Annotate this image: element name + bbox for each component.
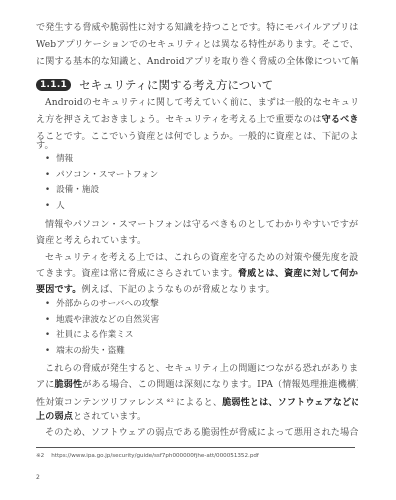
para3-line-3: 要因です。例えば、下記のようなものが脅威となります。 (36, 284, 358, 296)
para3-line-2: てきます。資産は常に脅威にさらされています。脅威とは、資産に対して何かしらの悪影… (36, 268, 358, 280)
text-span: 性対策コンテンツリファレンス (36, 398, 164, 408)
text-span: アに (36, 380, 55, 390)
para1-line-1: Androidのセキュリティに関して考えていく前に、まずは一般的なセキュリティに… (36, 97, 358, 109)
bullet-icon: • (45, 154, 50, 164)
page-number: 2 (36, 474, 40, 481)
para4-line-3: 性対策コンテンツリファレンス※2によると、脆弱性とは、ソフトウェアなどにおけるセ… (36, 395, 358, 409)
list-item-text: 設備・施設 (56, 185, 99, 195)
para4-line-1: これらの脅威が発生すると、セキュリティ上の問題につながる恐れがあります。特に、ソ… (36, 363, 358, 375)
para3-line-1: セキュリティを考える上では、これらの資産を守るための対策や優先度を設定するのが重… (36, 252, 358, 264)
para2-line-1: 情報やパソコン・スマートフォンは守るべきものとしてわかりやすいですが、実は設備や… (36, 219, 358, 231)
text-span: によると、 (176, 398, 222, 408)
list-item-text: 社員による作業ミス (56, 330, 133, 340)
footnote-divider (36, 447, 355, 448)
section-number-badge: 1.1.1 (36, 79, 71, 91)
text-span: とされています。 (73, 412, 146, 422)
bullet-icon: • (45, 315, 50, 325)
bullet-icon: • (45, 201, 50, 211)
para5-line-1: そのため、ソフトウェアの弱点である脆弱性が脅威によって悪用された場合、資産に悪影… (36, 427, 358, 439)
para2-line-2: 資産と考えられています。 (36, 235, 358, 247)
footnote-url-link[interactable]: https://www.ipa.go.jp/security/guide/ssf… (51, 453, 259, 459)
text-span: え方を押さえておきましょう。セキュリティを考える上で重要なのは (36, 115, 322, 125)
bullet-icon: • (45, 185, 50, 195)
threats-list-item: •社員による作業ミス (45, 330, 133, 341)
assets-list-item: •情報 (45, 154, 73, 165)
bullet-icon: • (45, 330, 50, 340)
text-span: 例えば、下記のようなものが脅威となります。 (82, 285, 275, 295)
para4-line-2: アに脆弱性がある場合、この問題は深刻になります。IPA（情報処理推進機構）が提供… (36, 379, 358, 391)
footnote-mark: ※2 (36, 453, 44, 459)
emphasis-threat-definition-end: 要因です。 (36, 285, 82, 295)
bullet-icon: • (45, 170, 50, 180)
emphasis-vulnerability-definition: 脆弱性とは、ソフトウェアなどにおけるセキュリティ (222, 398, 358, 408)
list-item-text: 情報 (56, 154, 73, 164)
text-span: がある場合、この問題は深刻になります。IPA（情報処理推進機構）が提供するIPA… (82, 380, 358, 390)
list-item-text: 外部からのサーバへの攻撃 (56, 299, 159, 309)
para1-line-4: す。 (36, 140, 358, 152)
list-item-text: 地震や津波などの自然災害 (56, 315, 159, 325)
emphasis-threat-definition: 脅威とは、資産に対して何かしらの悪影響を与える (238, 269, 358, 279)
list-item-text: 人 (56, 201, 65, 211)
intro-line-1: で発生する脅威や脆弱性に対する知識を持つことです。特にモバイルアプリは一般的に知… (36, 22, 358, 34)
threats-list-item: •地震や津波などの自然災害 (45, 315, 159, 326)
emphasis-weakness: 上の弱点 (36, 412, 73, 422)
list-item-text: パソコン・スマートフォン (56, 170, 158, 180)
book-page: で発生する脅威や脆弱性に対する知識を持つことです。特にモバイルアプリは一般的に知… (0, 0, 396, 500)
list-item-text: 端末の紛失・盗難 (56, 346, 125, 356)
text-span: てきます。資産は常に脅威にさらされています。 (36, 269, 238, 279)
threats-list-item: •端末の紛失・盗難 (45, 346, 125, 357)
intro-line-3: に関する基本的な知識と、Androidアプリを取り巻く脅威の全体像について解説し… (36, 56, 358, 68)
assets-list-item: •設備・施設 (45, 185, 99, 196)
threats-list-item: •外部からのサーバへの攻撃 (45, 299, 159, 310)
bullet-icon: • (45, 346, 50, 356)
footnote: ※2https://www.ipa.go.jp/security/guide/s… (36, 452, 259, 460)
bullet-icon: • (45, 299, 50, 309)
assets-list-item: •人 (45, 201, 65, 212)
section-title: セキュリティに関する考え方について (79, 77, 273, 93)
emphasis-vulnerability: 脆弱性 (55, 380, 83, 390)
para1-line-2: え方を押さえておきましょう。セキュリティを考える上で重要なのは守るべき資産をはっ… (36, 114, 358, 126)
footnote-reference[interactable]: ※2 (166, 398, 174, 404)
para4-line-4: 上の弱点とされています。 (36, 411, 358, 423)
intro-line-2: Webアプリケーションでのセキュリティとは異なる特性があります。そこで、本節では… (36, 39, 358, 51)
emphasis-assets: 守るべき資産 (322, 115, 358, 125)
section-heading: 1.1.1 セキュリティに関する考え方について (36, 78, 273, 92)
assets-list-item: •パソコン・スマートフォン (45, 170, 158, 181)
